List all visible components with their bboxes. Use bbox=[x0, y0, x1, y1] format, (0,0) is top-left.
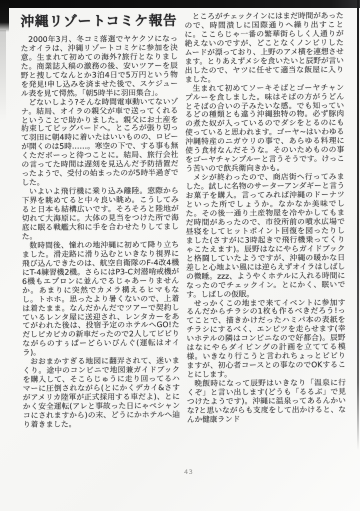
paragraph: 生まれて初めてソーキそばとゴーヤチャンプルーを食しました。味はそばの方がうどんと… bbox=[185, 84, 345, 175]
paragraph: メシが終わったので、商店街へ行ってみました。試しに名物のサーターアンダギーと言う… bbox=[186, 173, 346, 299]
paragraph: どないしよう?そんな時間電車動いてないゾナ。結局、オイラの親父が車で送ってくれる… bbox=[21, 98, 179, 188]
paragraph: おおまかすぎる地図に翻弄されて、迷いまくり。途中のコンビニで地図兼ガイドブックを… bbox=[23, 357, 180, 430]
right-column: ところがチェックインにはまだ時間があったので、時間潰しに国際通りへ繰り出すことに… bbox=[185, 12, 347, 425]
page-title: 沖縄リゾートコミケ報告 bbox=[21, 17, 178, 27]
paragraph: ところがチェックインにはまだ時間があったので、時間潰しに国際通りへ繰り出すことに… bbox=[185, 12, 344, 85]
left-column: 沖縄リゾートコミケ報告 2000年3月、冬コミ落選でヤケクソになったオイラは、沖… bbox=[21, 17, 181, 430]
text-body: 沖縄リゾートコミケ報告 2000年3月、冬コミ落選でヤケクソになったオイラは、沖… bbox=[0, 0, 360, 511]
page-number: 43 bbox=[184, 468, 193, 476]
paragraph: いよいよ飛行機に乗り込み離陸。窓際から下界を眺めてると中々良い眺め。こうしてみる… bbox=[22, 187, 179, 242]
scanned-document-page: 沖縄リゾートコミケ報告 2000年3月、冬コミ落選でヤケクソになったオイラは、沖… bbox=[0, 0, 360, 511]
paragraph: せっかくこの地まで来てイベントに参加するんだからチラシの1枚も作るべきだろう!っ… bbox=[186, 298, 345, 380]
paragraph: 数時間後、憧れの地沖縄に初めて降り立ちました。滑走路に滑り込むといきなり視界に飛… bbox=[22, 241, 180, 358]
paragraph: 晩飯時になって辰野はいきなり「温泉に行くぞ」と言い出します(どうも「るるぶ」で見… bbox=[187, 379, 346, 425]
paragraph: 2000年3月、冬コミ落選でヤケクソになったオイラは、沖縄リゾートコミケに参加を… bbox=[21, 35, 178, 99]
